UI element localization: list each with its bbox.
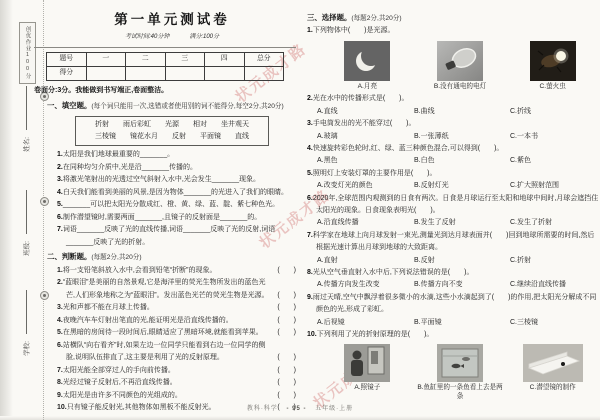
item-text: 光从空气垂直射入水中后,下列说法错误的是( )。	[313, 269, 474, 276]
item-text: 太阳光是由许多不同颜色的光组成的。	[63, 392, 182, 399]
answer-brackets: ( )	[277, 390, 296, 403]
item-text: 白天我们能看到美丽的风景,是因为物体_______的光进入了我们的眼睛。	[63, 189, 288, 196]
question-stem: 3.手电筒发出的光不能穿过( )。	[307, 118, 599, 130]
field-label: 学校:	[22, 338, 31, 360]
score-cell	[205, 67, 245, 81]
option-b: B.白色	[414, 155, 510, 167]
field-label: 班级:	[22, 238, 31, 260]
choice-item: 2.光在水中的传播形式是( )。 A.直线 B.曲线 C.折线	[307, 93, 599, 118]
question-stem: 7.科学家在地球上向月球发射一束光,测量光到达月球表面并( )回到地球所需要的时…	[307, 230, 599, 255]
write-on-line	[26, 86, 27, 130]
choice-item: 9.雨过天晴,空气中飘浮着很多微小的水滴,这些小水滴起到了( )的作用,把太阳光…	[307, 292, 599, 329]
judge-item: 5.在黑暗的房间待一段时间后,眼睛适应了黑暗环境,就能看到苹果。 ( )	[57, 327, 297, 340]
option-c: C.继续沿直线传播	[510, 279, 599, 291]
options-row: A.沿直线传播 B.发生了反射 C.发生了折射	[307, 217, 599, 229]
choice-items: 2.光在水中的传播形式是( )。 A.直线 B.曲线 C.折线 3.手电筒发出的…	[307, 93, 599, 329]
item-text: 制作潜望镜时,需要两面_______,且镜子的反射面是_______的。	[63, 214, 261, 221]
choice-q10: 10.下列利用了光的折射原理的是( )。 A.照镜子	[307, 329, 599, 401]
item-text: 太阳光能全部穿过人的手向前传播。	[63, 367, 175, 374]
answer-brackets: ( )	[277, 265, 296, 278]
score-table: 题号一二三四总分 得分	[46, 52, 284, 81]
judge-item: 1.将一支铅笔斜放入水中,会看到铅笔“折断”的现象。 ( )	[57, 265, 297, 278]
judge-item: 4.夜晚汽车车灯射出笔直的光,能证明光是沿直线传播的。 ( )	[57, 315, 297, 328]
score-header-cell: 二	[126, 53, 166, 67]
item-text: “蓝眼泪”是美丽的自然景观,它是海洋里的荧光生物所发出的蓝色光芒,人们形象地称之…	[63, 279, 269, 299]
fishtank-photo	[437, 344, 483, 382]
question-stem: 5.照明灯上安装灯罩的主要作用是( )。	[307, 168, 599, 180]
score-header-cell: 一	[86, 53, 126, 67]
choice-section-header: 三、选择题。(每题2分,共20分)	[307, 12, 599, 25]
section-note: (每题2分,共20分)	[351, 15, 401, 22]
section-title: 一、填空题。	[47, 101, 91, 110]
word-bank-row: 折射 雨后彩虹 光源 相对 坐井观天	[78, 119, 266, 131]
score-cell	[244, 67, 284, 81]
judge-item: 6.站横队“向右看齐”时,如果左边一位同学只能看到右边一位同学的侧脸,说明队伍排…	[57, 340, 297, 365]
score-cell	[165, 67, 205, 81]
option-a: A.直线	[317, 106, 414, 118]
choice-item: 3.手电筒发出的光不能穿过( )。 A.玻璃 B.一张薄纸 C.一本书	[307, 118, 599, 143]
option-a: A.黑色	[317, 155, 414, 167]
item-text: _______可以把太阳光分散成红、橙、黄、绿、蓝、靛、紫七种色光。	[63, 201, 279, 208]
footer-book: 教科·科学	[247, 406, 278, 412]
fill-item: 1.太阳是我们地球最重要的_______。	[57, 149, 297, 162]
question-stem: 9.雨过天晴,空气中飘浮着很多微小的水滴,这些小水滴起到了( )的作用,把太阳光…	[307, 292, 599, 317]
fill-item: 2.在同种均匀介质中,光是沿_______传播的。	[57, 162, 297, 175]
fill-section-header: 一、填空题。(每个词只能用一次,选错或者使用别的词不能得分,每空2分,共20分)	[47, 100, 297, 114]
item-text: 手电筒发出的光不能穿过( )。	[313, 120, 416, 127]
score-row-label: 得分	[47, 67, 87, 81]
option-b: B.一张薄纸	[414, 131, 510, 143]
score-header-row: 题号一二三四总分	[47, 53, 284, 67]
answer-brackets: ( )	[277, 352, 296, 365]
options-row: A.直射 B.反射 C.折射	[307, 255, 599, 267]
answer-brackets: ( )	[277, 290, 296, 303]
full-score: 满分:100分	[189, 31, 219, 44]
item-text: 照明灯上安装灯罩的主要作用是( )。	[313, 170, 437, 177]
paper-left-edge	[0, 0, 13, 420]
item-text: 雨过天晴,空气中飘浮着很多微小的水滴,这些小水滴起到了( )的作用,把太阳光分解…	[313, 294, 597, 313]
question-stem: 6.2020年,全球范围内观测到的日食有两次。日食是月球运行至太阳和地球中间时,…	[307, 193, 599, 218]
q1-option-b-figure: B.没有通电的电灯	[414, 41, 507, 92]
q1-option-a-figure: A.月亮	[321, 41, 414, 92]
item-text: 快速旋转彩色轮时,红、绿、蓝三种颜色混合,可以得到( )。	[313, 145, 504, 152]
field-label: 姓名:	[22, 134, 31, 156]
judge-item: 8.光经过镜子反射后,不再沿直线传播。 ( )	[57, 377, 297, 390]
item-text: 科学家在地球上向月球发射一束光,测量光到达月球表面并( )回到地球所需要的时间,…	[313, 232, 595, 251]
option-c: C.一本书	[510, 131, 599, 143]
fill-items: 1.太阳是我们地球最重要的_______。 2.在同种均匀介质中,光是沿____…	[47, 149, 297, 249]
judge-items: 1.将一支铅笔斜放入水中,会看到铅笔“折断”的现象。 ( ) 2.“蓝眼泪”是美…	[47, 265, 297, 415]
choice-item: 6.2020年,全球范围内观测到的日食有两次。日食是月球运行至太阳和地球中间时,…	[307, 193, 599, 230]
option-caption: C.潜望镜的制作	[530, 384, 576, 393]
answer-brackets: ( )	[277, 327, 296, 340]
option-b: B.传播方向不变	[414, 279, 510, 291]
choice-item: 5.照明灯上安装灯罩的主要作用是( )。 A.改变灯光的颜色 B.反射灯光 C.…	[307, 168, 599, 193]
mirror-photo	[344, 344, 390, 382]
judge-section-header: 二、判断题。(每题2分,共20分)	[47, 251, 297, 265]
item-text: 将一支铅笔斜放入水中,会看到铅笔“折断”的现象。	[63, 267, 217, 274]
write-on-line	[26, 290, 27, 334]
item-text: 下列物体中( )是光源。	[313, 27, 395, 34]
score-header-cell: 题号	[47, 53, 87, 67]
write-on-line	[26, 190, 27, 234]
item-text: 在同种均匀介质中,光是沿_______传播的。	[63, 164, 197, 171]
option-c: C.紫色	[510, 155, 599, 167]
option-c: C.扩大照射范围	[510, 180, 599, 192]
bulb-photo	[437, 41, 483, 81]
item-text: 词语_______反映了光的直线传播,词语_______反映了光的反射,词语__…	[63, 226, 275, 246]
header-rule	[34, 47, 296, 48]
student-info-field: 学校:	[14, 290, 38, 360]
item-text: 在黑暗的房间待一段时间后,眼睛适应了黑暗环境,就能看到苹果。	[63, 329, 263, 336]
option-c: C.折线	[510, 106, 599, 118]
option-a: A.直射	[317, 255, 414, 267]
score-cell	[126, 67, 166, 81]
question-stem: 8.光从空气垂直射入水中后,下列说法错误的是( )。	[307, 267, 599, 279]
choice-item: 7.科学家在地球上向月球发射一束光,测量光到达月球表面并( )回到地球所需要的时…	[307, 230, 599, 267]
option-caption: B.没有通电的电灯	[434, 83, 486, 92]
footer-page-number: - 95 -	[286, 406, 306, 412]
item-text: 站横队“向右看齐”时,如果左边一位同学只能看到右边一位同学的侧脸,说明队伍排直了…	[63, 342, 266, 362]
judge-item: 2.“蓝眼泪”是美丽的自然景观,它是海洋里的荧光生物所发出的蓝色光芒,人们形象地…	[57, 277, 297, 302]
section-note: (每个词只能用一次,选错或者使用别的词不能得分,每空2分,共20分)	[91, 103, 283, 110]
options-row: A.后视镜 B.平面镜 C.三棱镜	[307, 317, 599, 329]
option-c: C.发生了折射	[510, 217, 599, 229]
score-header-cell: 总分	[244, 53, 284, 67]
q10-option-a-figure: A.照镜子	[321, 344, 414, 401]
choice-item: 8.光从空气垂直射入水中后,下列说法错误的是( )。 A.传播方向发生改变 B.…	[307, 267, 599, 292]
question-stem: 2.光在水中的传播形式是( )。	[307, 93, 599, 105]
option-a: A.沿直线传播	[317, 217, 414, 229]
answer-brackets: ( )	[277, 302, 296, 315]
options-row: A.玻璃 B.一张薄纸 C.一本书	[307, 131, 599, 143]
option-a: A.改变灯光的颜色	[317, 180, 414, 192]
option-caption: B.鱼缸里的一条鱼看上去是两条	[417, 384, 503, 401]
item-text: 将激光笔射出的光透过空气斜射入水中,光会发生_______现象。	[63, 176, 260, 183]
answer-brackets: ( )	[277, 377, 296, 390]
choice-q1: 1.下列物体中( )是光源。 A.月亮	[307, 25, 599, 91]
question-stem: 4.快速旋转彩色轮时,红、绿、蓝三种颜色混合,可以得到( )。	[307, 143, 599, 155]
option-caption: C.萤火虫	[539, 83, 565, 92]
item-text: 光经过镜子反射后,不再沿直线传播。	[63, 379, 177, 386]
q1-option-c-figure: C.萤火虫	[506, 41, 599, 92]
score-header-cell: 三	[165, 53, 205, 67]
options-row: A.改变灯光的颜色 B.反射灯光 C.扩大照射范围	[307, 180, 599, 192]
score-value-row: 得分	[47, 67, 284, 81]
item-text: 光和声都不能在月球上传播。	[63, 304, 154, 311]
page-title: 第一单元测试卷	[47, 14, 297, 27]
fill-item: 5._______可以把太阳光分散成红、橙、黄、绿、蓝、靛、紫七种色光。	[57, 199, 297, 212]
section-title: 三、选择题。	[307, 13, 351, 22]
section-title: 二、判断题。	[47, 252, 91, 261]
q10-option-b-figure: B.鱼缸里的一条鱼看上去是两条	[414, 344, 507, 401]
option-b: B.反射	[414, 255, 510, 267]
firefly-photo	[530, 41, 576, 81]
q1-figure-row: A.月亮 B.没有通电的电灯	[321, 41, 599, 92]
q10-option-c-figure: C.潜望镜的制作	[506, 344, 599, 401]
score-cell	[86, 67, 126, 81]
options-row: A.传播方向发生改变 B.传播方向不变 C.继续沿直线传播	[307, 279, 599, 291]
option-b: B.曲线	[414, 106, 510, 118]
item-text: 夜晚汽车车灯射出笔直的光,能证明光是沿直线传播的。	[63, 317, 233, 324]
fill-item: 4.白天我们能看到美丽的风景,是因为物体_______的光进入了我们的眼睛。	[57, 187, 297, 200]
item-text: 2020年,全球范围内观测到的日食有两次。日食是月球运行至太阳和地球中间时,月球…	[313, 195, 598, 214]
section-note: (每题2分,共20分)	[91, 254, 141, 261]
exam-meta: 考试时间:40分钟 满分:100分	[47, 31, 297, 44]
fill-item: 7.词语_______反映了光的直线传播,词语_______反映了光的反射,词语…	[57, 224, 297, 249]
option-b: B.发生了反射	[414, 217, 510, 229]
exam-time: 考试时间:40分钟	[125, 31, 169, 44]
option-a: A.玻璃	[317, 131, 414, 143]
margin-dotted-rule	[43, 0, 44, 420]
fill-item: 6.制作潜望镜时,需要两面_______,且镜子的反射面是_______的。	[57, 212, 297, 225]
option-b: B.反射灯光	[414, 180, 510, 192]
word-bank: 折射 雨后彩虹 光源 相对 坐井观天三棱镜 镜花水月 反射 平面镜 直线	[75, 116, 269, 146]
choice-item: 4.快速旋转彩色轮时,红、绿、蓝三种颜色混合,可以得到( )。 A.黑色 B.白…	[307, 143, 599, 168]
q10-figure-row: A.照镜子 B.鱼缸里的一条鱼看上去是两条	[321, 344, 599, 401]
question-stem: 10.下列利用了光的折射原理的是( )。	[307, 329, 599, 341]
right-page: 三、选择题。(每题2分,共20分) 1.下列物体中( )是光源。 A.月亮	[307, 10, 599, 403]
page-footer: 教科·科学 - 95 - 五年级·上册	[0, 403, 600, 412]
option-b: B.平面镜	[414, 317, 510, 329]
footer-volume: 五年级·上册	[315, 406, 353, 412]
fill-item: 3.将激光笔射出的光透过空气斜射入水中,光会发生_______现象。	[57, 174, 297, 187]
option-caption: A.月亮	[358, 83, 377, 92]
item-number: 10.	[307, 331, 317, 338]
question-stem: 1.下列物体中( )是光源。	[307, 25, 599, 37]
option-c: C.三棱镜	[510, 317, 599, 329]
option-a: A.传播方向发生改变	[317, 279, 414, 291]
option-caption: A.照镜子	[354, 384, 380, 393]
judge-item: 9.太阳光是由许多不同颜色的光组成的。 ( )	[57, 390, 297, 403]
student-info-field: 班级:	[14, 190, 38, 260]
paper-bottom-edge	[0, 416, 600, 420]
judge-item: 3.光和声都不能在月球上传播。 ( )	[57, 302, 297, 315]
item-text: 光在水中的传播形式是( )。	[313, 95, 409, 102]
neatness-note: 卷面分:3分。我能做到书写端正,卷面整洁。	[34, 85, 297, 98]
item-text: 下列利用了光的折射原理的是( )。	[317, 331, 434, 338]
answer-brackets: ( )	[277, 315, 296, 328]
option-a: A.后视镜	[317, 317, 414, 329]
option-c: C.折射	[510, 255, 599, 267]
answer-brackets: ( )	[277, 365, 296, 378]
periscope-photo	[523, 344, 583, 382]
word-bank-row: 三棱镜 镜花水月 反射 平面镜 直线	[78, 131, 266, 143]
score-header-cell: 四	[205, 53, 245, 67]
moon-photo	[344, 41, 390, 81]
options-row: A.黑色 B.白色 C.紫色	[307, 155, 599, 167]
options-row: A.直线 B.曲线 C.折线	[307, 106, 599, 118]
judge-item: 7.太阳光能全部穿过人的手向前传播。 ( )	[57, 365, 297, 378]
item-text: 太阳是我们地球最重要的_______。	[63, 151, 174, 158]
left-page: 第一单元测试卷 考试时间:40分钟 满分:100分 题号一二三四总分 得分 卷面…	[47, 12, 297, 415]
student-info-fields: 姓名: 班级: 学校:	[14, 0, 38, 420]
